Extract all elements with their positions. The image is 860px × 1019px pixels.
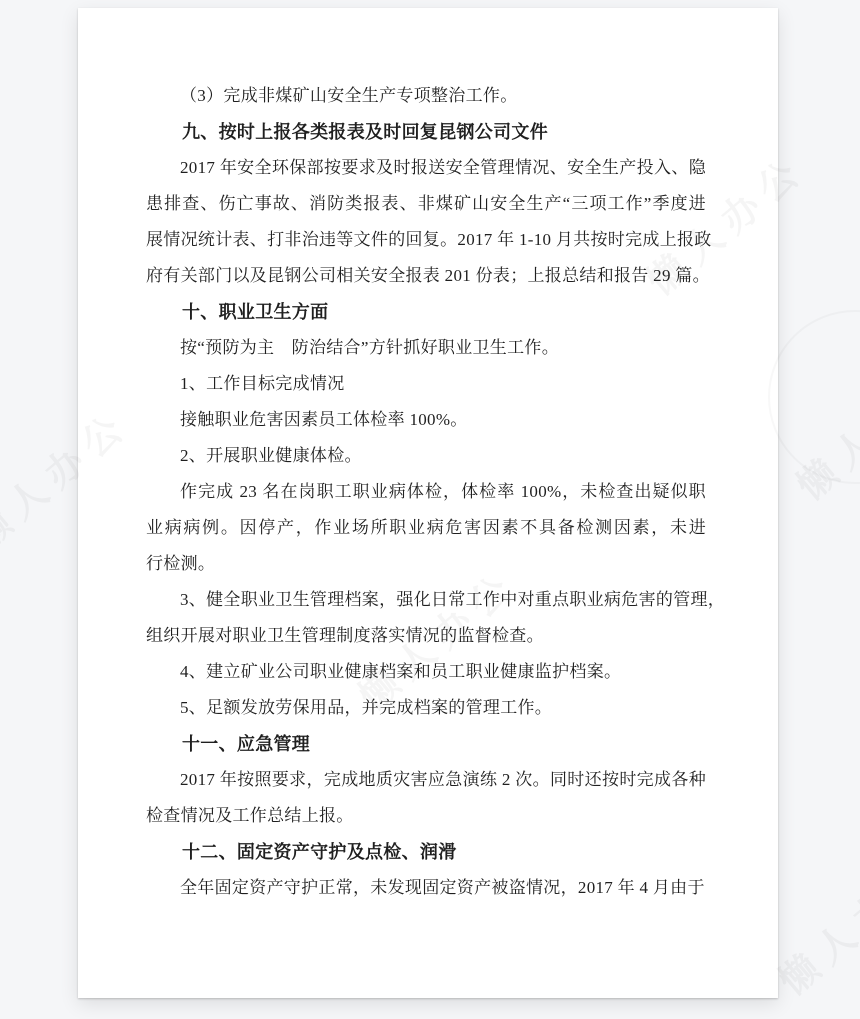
- text-line: 按“预防为主 防治结合”方针抓好职业卫生工作。: [146, 330, 706, 366]
- text-line: 患排查、伤亡事故、消防类报表、非煤矿山安全生产“三项工作”季度进: [146, 186, 706, 222]
- watermark-text: 懒人办公: [765, 840, 860, 1006]
- text-line: 2、开展职业健康体检。: [146, 438, 706, 474]
- watermark-circle-icon: [768, 310, 860, 484]
- text-line: 3、健全职业卫生管理档案，强化日常工作中对重点职业病危害的管理，: [146, 582, 706, 618]
- text-line: 2017 年安全环保部按要求及时报送安全管理情况、安全生产投入、隐: [146, 150, 706, 186]
- text-line: （3）完成非煤矿山安全生产专项整治工作。: [146, 78, 706, 114]
- text-line: 接触职业危害因素员工体检率 100%。: [146, 402, 706, 438]
- text-line: 全年固定资产守护正常，未发现固定资产被盗情况，2017 年 4 月由于: [146, 870, 706, 906]
- document-page: （3）完成非煤矿山安全生产专项整治工作。九、按时上报各类报表及时回复昆钢公司文件…: [78, 8, 778, 998]
- text-line: 行检测。: [146, 546, 706, 582]
- section-heading: 九、按时上报各类报表及时回复昆钢公司文件: [146, 114, 706, 150]
- text-line: 作完成 23 名在岗职工职业病体检，体检率 100%，未检查出疑似职: [146, 474, 706, 510]
- section-heading: 十一、应急管理: [146, 726, 706, 762]
- text-line: 2017 年按照要求，完成地质灾害应急演练 2 次。同时还按时完成各种: [146, 762, 706, 798]
- text-line: 5、足额发放劳保用品，并完成档案的管理工作。: [146, 690, 706, 726]
- document-content: （3）完成非煤矿山安全生产专项整治工作。九、按时上报各类报表及时回复昆钢公司文件…: [146, 78, 706, 906]
- section-heading: 十、职业卫生方面: [146, 294, 706, 330]
- text-line: 组织开展对职业卫生管理制度落实情况的监督检查。: [146, 618, 706, 654]
- app-background: （3）完成非煤矿山安全生产专项整治工作。九、按时上报各类报表及时回复昆钢公司文件…: [0, 0, 860, 1019]
- text-line: 业病病例。因停产，作业场所职业病危害因素不具备检测因素，未进: [146, 510, 706, 546]
- watermark-text: 懒人办公: [783, 345, 860, 511]
- text-line: 4、建立矿业公司职业健康档案和员工职业健康监护档案。: [146, 654, 706, 690]
- text-line: 检查情况及工作总结上报。: [146, 798, 706, 834]
- section-heading: 十二、固定资产守护及点检、润滑: [146, 834, 706, 870]
- text-line: 展情况统计表、打非治违等文件的回复。2017 年 1-10 月共按时完成上报政: [146, 222, 706, 258]
- text-line: 1、工作目标完成情况: [146, 366, 706, 402]
- text-line: 府有关部门以及昆钢公司相关安全报表 201 份表；上报总结和报告 29 篇。: [146, 258, 706, 294]
